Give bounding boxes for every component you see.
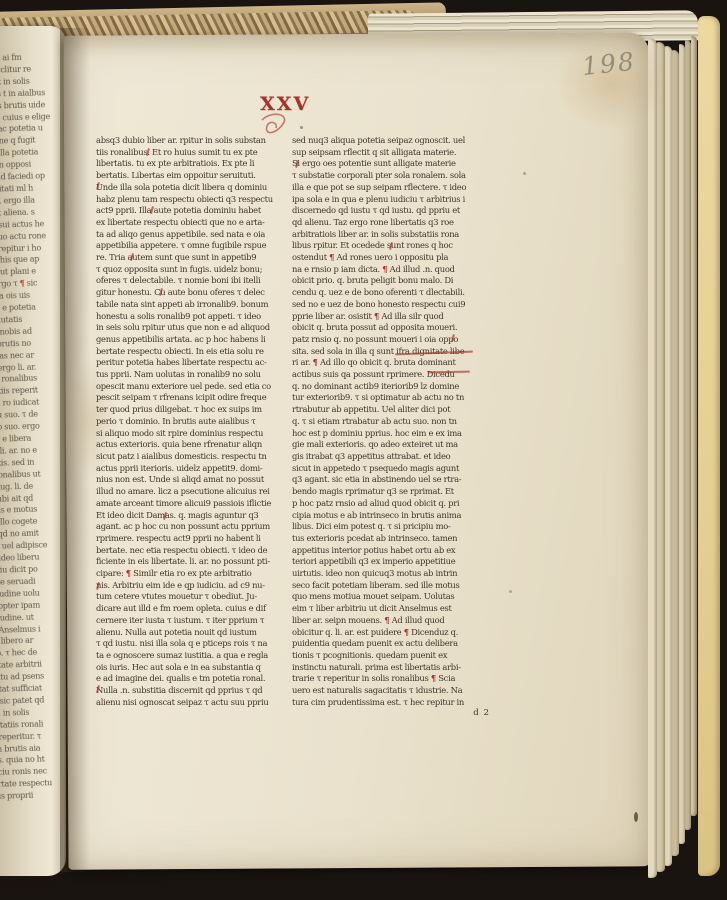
- ink-speck: [300, 126, 303, 129]
- quire-signature: d 2: [430, 708, 490, 718]
- left-page-text-fragments: els b rocs ai fmmu sic pcclitur repez ar…: [0, 51, 66, 803]
- left-page: els b rocs ai fmmu sic pcclitur repez ar…: [0, 26, 66, 876]
- page-edge-strip: [657, 42, 665, 872]
- text-column-right: sed nuq3 aliqua potetia seipaz ognoscit.…: [292, 135, 486, 708]
- ink-speck: [523, 172, 526, 175]
- ink-speck: [509, 590, 512, 593]
- text-column-left: absq3 dubio liber ar. rpitur in solis su…: [96, 135, 286, 708]
- page-edge-strip: [665, 46, 672, 866]
- edge-speck: [634, 812, 638, 822]
- page-edge-strip: [672, 50, 679, 856]
- book-photograph: els b rocs ai fmmu sic pcclitur repez ar…: [0, 0, 727, 900]
- page-edge-strip: [648, 38, 657, 878]
- page-edge-strip: [691, 36, 697, 816]
- vellum-cover-edge: [698, 16, 720, 876]
